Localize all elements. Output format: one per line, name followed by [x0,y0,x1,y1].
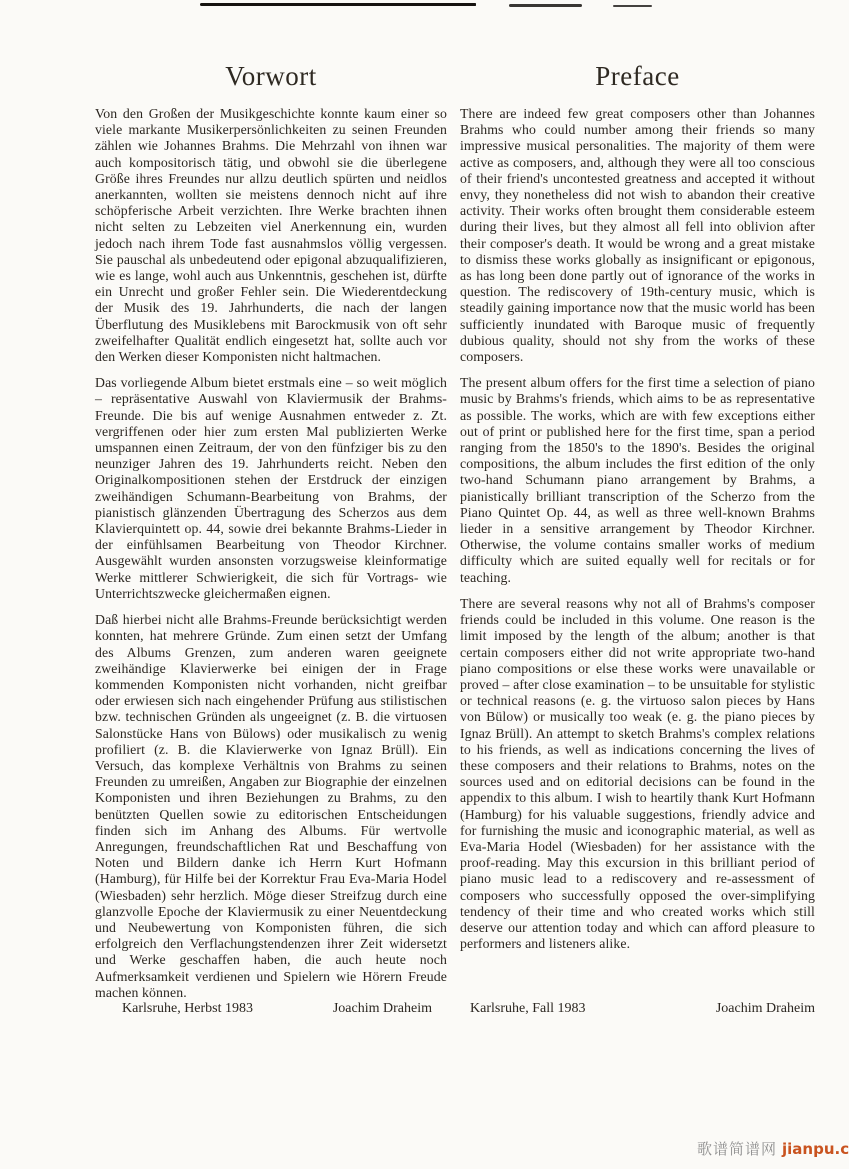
watermark-site-name: 歌谱简谱网 [697,1138,777,1159]
german-title: Vorwort [95,60,447,92]
english-paragraph-3: There are several reasons why not all of… [460,596,815,952]
english-paragraph-2: The present album offers for the first t… [460,375,815,586]
scanned-book-page: Vorwort Von den Großen der Musikgeschich… [0,0,849,1169]
german-paragraph-2: Das vorliegende Album bietet erstmals ei… [95,375,447,602]
german-column: Vorwort Von den Großen der Musikgeschich… [95,60,447,1040]
english-column: Preface There are indeed few great compo… [460,60,815,1040]
watermark-site-url: jianpu.cn [782,1140,849,1158]
scan-artifact-line [613,5,652,7]
two-column-text-layout: Vorwort Von den Großen der Musikgeschich… [95,60,815,1040]
english-signature-row: Karlsruhe, Fall 1983 Joachim Draheim [470,1001,815,1017]
german-paragraph-1: Von den Großen der Musikgeschichte konnt… [95,106,447,365]
german-author: Joachim Draheim [333,1001,432,1017]
german-place-date: Karlsruhe, Herbst 1983 [122,1001,253,1017]
watermark: 歌谱简谱网 jianpu.cn [697,1138,849,1159]
german-paragraph-3: Daß hierbei nicht alle Brahms-Freunde be… [95,612,447,1001]
scan-artifact-line [509,4,582,7]
english-paragraph-1: There are indeed few great composers oth… [460,106,815,365]
english-place-date: Karlsruhe, Fall 1983 [470,1001,585,1017]
german-signature-row: Karlsruhe, Herbst 1983 Joachim Draheim [122,1001,432,1017]
english-title: Preface [460,60,815,92]
scan-artifact-line [200,3,476,6]
english-author: Joachim Draheim [716,1001,815,1017]
